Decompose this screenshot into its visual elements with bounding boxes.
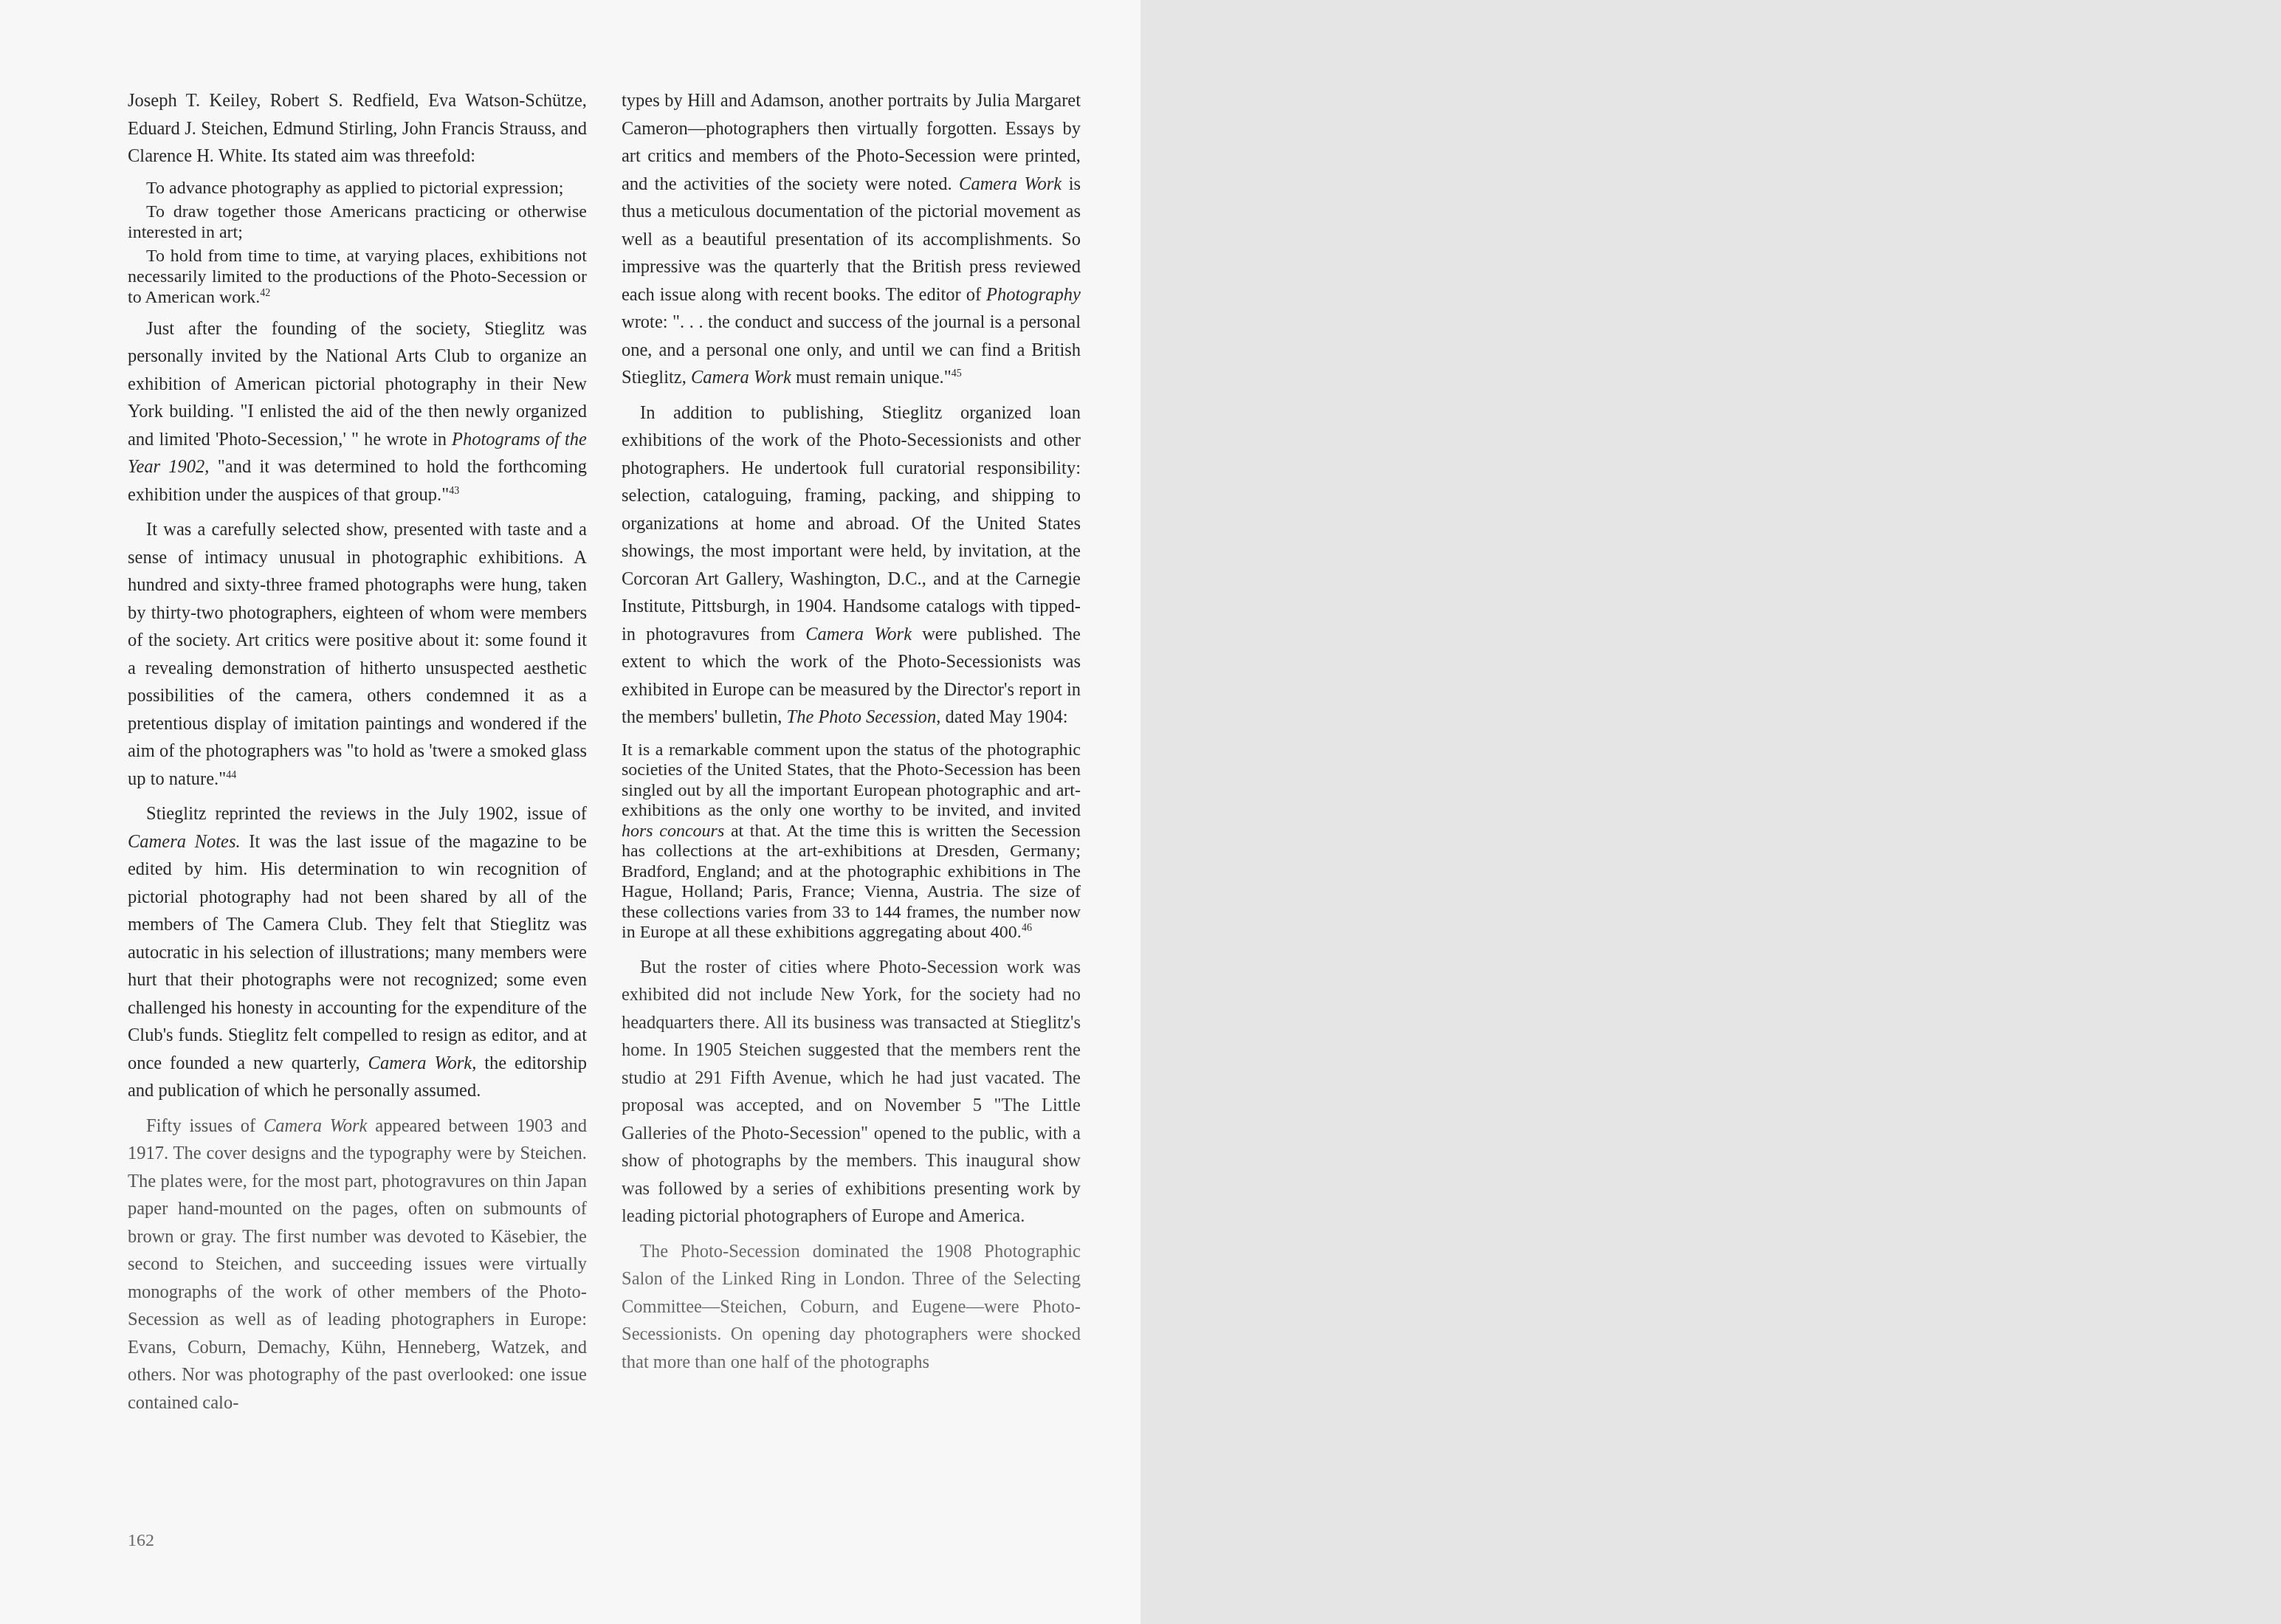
facing-blank-area xyxy=(1140,0,2281,1624)
italic-title: Camera Work, xyxy=(368,1053,477,1073)
left-text-column: Joseph T. Keiley, Robert S. Redfield, Ev… xyxy=(128,87,587,1417)
aim-item: To draw together those Americans practic… xyxy=(128,202,587,243)
italic-title: Camera Work xyxy=(959,174,1062,194)
italic-phrase: hors concours xyxy=(622,822,724,841)
text: In addition to publishing, Stieglitz org… xyxy=(622,403,1081,644)
footnote-ref: 42 xyxy=(260,288,270,299)
text: must remain unique." xyxy=(791,368,952,388)
page-number: 162 xyxy=(128,1531,154,1551)
italic-title: Camera Notes. xyxy=(128,832,241,852)
footnote-ref: 45 xyxy=(952,368,962,379)
paragraph-camera-work-contents: types by Hill and Adamson, another portr… xyxy=(622,87,1081,392)
text: It is a remarkable comment upon the stat… xyxy=(622,740,1081,821)
text: Fifty issues of xyxy=(146,1116,264,1136)
italic-title: Camera Work xyxy=(691,368,791,388)
italic-title: Camera Work xyxy=(805,625,912,644)
paragraph-selected-show: It was a carefully selected show, presen… xyxy=(128,516,587,793)
italic-title: The Photo Secession xyxy=(787,707,937,727)
text: Stieglitz reprinted the reviews in the J… xyxy=(146,804,587,824)
paragraph-camera-notes: Stieglitz reprinted the reviews in the J… xyxy=(128,800,587,1105)
text: It was the last issue of the magazine to… xyxy=(128,832,587,1073)
paragraph-fifty-issues: Fifty issues of Camera Work appeared bet… xyxy=(128,1112,587,1417)
paragraph-linked-ring-salon: The Photo-Secession dominated the 1908 P… xyxy=(622,1238,1081,1377)
right-text-column: types by Hill and Adamson, another portr… xyxy=(622,87,1081,1376)
paragraph-national-arts-club: Just after the founding of the society, … xyxy=(128,315,587,509)
stated-aims-list: To advance photography as applied to pic… xyxy=(128,178,587,308)
book-page: Joseph T. Keiley, Robert S. Redfield, Ev… xyxy=(0,0,1140,1624)
aim-item: To advance photography as applied to pic… xyxy=(128,178,587,199)
paragraph-members-list: Joseph T. Keiley, Robert S. Redfield, Ev… xyxy=(128,87,587,171)
footnote-ref: 46 xyxy=(1022,923,1032,934)
aim-item: To hold from time to time, at varying pl… xyxy=(128,246,587,308)
block-quote-directors-report: It is a remarkable comment upon the stat… xyxy=(622,740,1081,943)
text: appeared between 1903 and 1917. The cove… xyxy=(128,1116,587,1413)
italic-title: Photography xyxy=(986,285,1081,305)
footnote-ref: 44 xyxy=(226,769,236,780)
text: , dated May 1904: xyxy=(936,707,1067,727)
paragraph-loan-exhibitions: In addition to publishing, Stieglitz org… xyxy=(622,399,1081,732)
text: It was a carefully selected show, presen… xyxy=(128,520,587,789)
aim-item-text: To hold from time to time, at varying pl… xyxy=(128,247,587,307)
footnote-ref: 43 xyxy=(449,485,459,496)
paragraph-little-galleries: But the roster of cities where Photo-Sec… xyxy=(622,954,1081,1231)
italic-title: Camera Work xyxy=(264,1116,368,1136)
